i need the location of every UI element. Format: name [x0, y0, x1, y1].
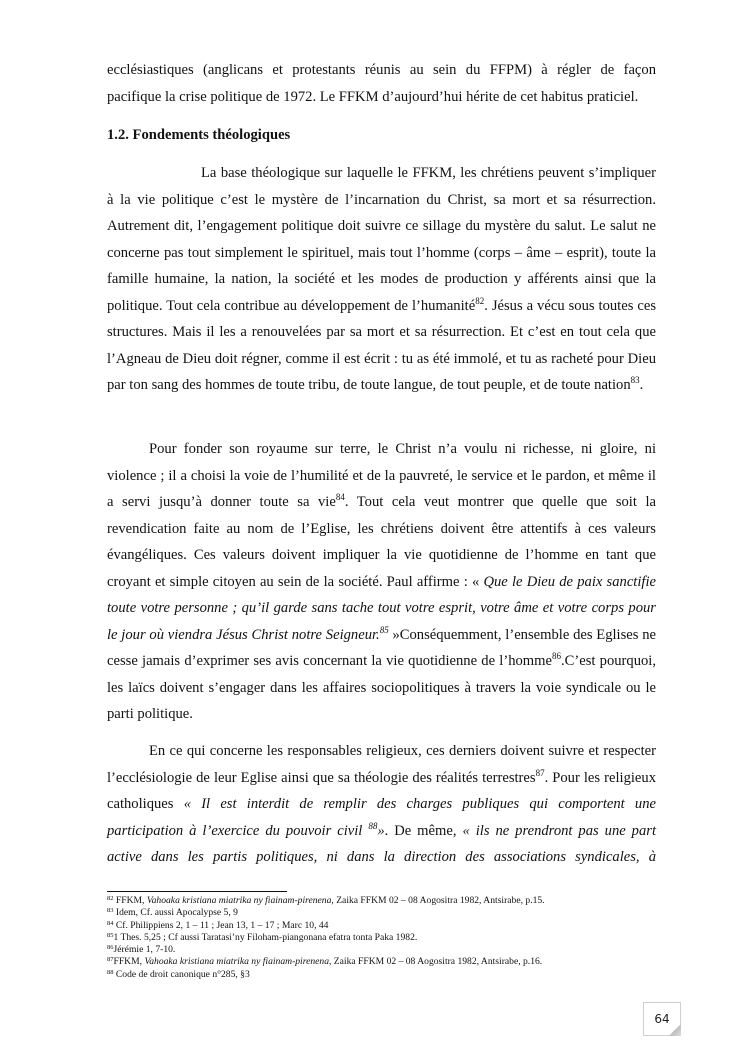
intro-paragraph: ecclésiastiques (anglicans et protestant…: [107, 57, 656, 110]
footnote-text: Zaika FFKM 02 – 08 Aogositra 1982, Antsi…: [334, 895, 545, 906]
footnote-text: Jérémie 1, 7-10.: [114, 944, 176, 955]
paragraph-3-text-c: . De même,: [385, 823, 463, 839]
footnote-text: FFKM,: [114, 895, 147, 906]
footnote-ref-83[interactable]: 83: [631, 375, 640, 385]
footnotes: 82 FFKM, Vahoaka kristiana miatrika ny f…: [107, 895, 667, 981]
intro-line-1: ecclésiastiques (anglicans et protestant…: [107, 57, 656, 84]
footnote-ref-85[interactable]: 85: [380, 625, 389, 635]
footnote-separator: [107, 891, 287, 892]
page-number-box: 64: [643, 1002, 681, 1036]
footnote-ref-88[interactable]: 88: [368, 821, 377, 831]
footnote-86: 86Jérémie 1, 7-10.: [107, 944, 667, 956]
paragraph-2: Pour fonder son royaume sur terre, le Ch…: [107, 436, 656, 728]
paragraph-3: En ce qui concerne les responsables reli…: [107, 738, 656, 871]
footnote-text: 1 Thes. 5,25 ; Cf aussi Taratasi’ny Filo…: [114, 932, 418, 943]
footnote-ref-87[interactable]: 87: [536, 768, 545, 778]
paragraph-3-quote-1-end: »: [377, 823, 384, 839]
footnote-83: 83 Idem, Cf. aussi Apocalypse 5, 9: [107, 907, 667, 919]
page-curl-icon: [669, 1024, 681, 1036]
footnote-title: Vahoaka kristiana miatrika ny fiainam-pi…: [147, 895, 334, 906]
footnote-text: Code de droit canonique n°285, §3: [114, 969, 250, 980]
footnote-text: FFKM,: [114, 956, 145, 967]
footnote-87: 87FFKM, Vahoaka kristiana miatrika ny fi…: [107, 956, 667, 968]
footnote-text: Cf. Philippiens 2, 1 – 11 ; Jean 13, 1 –…: [114, 920, 329, 931]
intro-line-2: pacifique la crise politique de 1972. Le…: [107, 84, 656, 111]
paragraph-1-text-a: La base théologique sur laquelle le FFKM…: [107, 165, 656, 314]
document-page: ecclésiastiques (anglicans et protestant…: [0, 0, 745, 1053]
footnote-85: 851 Thes. 5,25 ; Cf aussi Taratasi’ny Fi…: [107, 932, 667, 944]
footnote-84: 84 Cf. Philippiens 2, 1 – 11 ; Jean 13, …: [107, 920, 667, 932]
footnote-text: Zaika FFKM 02 – 08 Aogositra 1982, Antsi…: [331, 956, 542, 967]
footnote-title: Vahoaka kristiana miatrika ny fiainam-pi…: [144, 956, 331, 967]
footnote-ref-86[interactable]: 86: [552, 651, 561, 661]
footnote-82: 82 FFKM, Vahoaka kristiana miatrika ny f…: [107, 895, 667, 907]
page-number: 64: [654, 1012, 669, 1026]
footnote-88: 88 Code de droit canonique n°285, §3: [107, 969, 667, 981]
footnote-ref-84[interactable]: 84: [336, 492, 345, 502]
section-heading: 1.2. Fondements théologiques: [107, 125, 290, 145]
footnote-text: Idem, Cf. aussi Apocalypse 5, 9: [114, 907, 238, 918]
footnote-ref-82[interactable]: 82: [475, 296, 484, 306]
paragraph-1: La base théologique sur laquelle le FFKM…: [107, 160, 656, 399]
paragraph-1-text-c: .: [640, 377, 644, 393]
